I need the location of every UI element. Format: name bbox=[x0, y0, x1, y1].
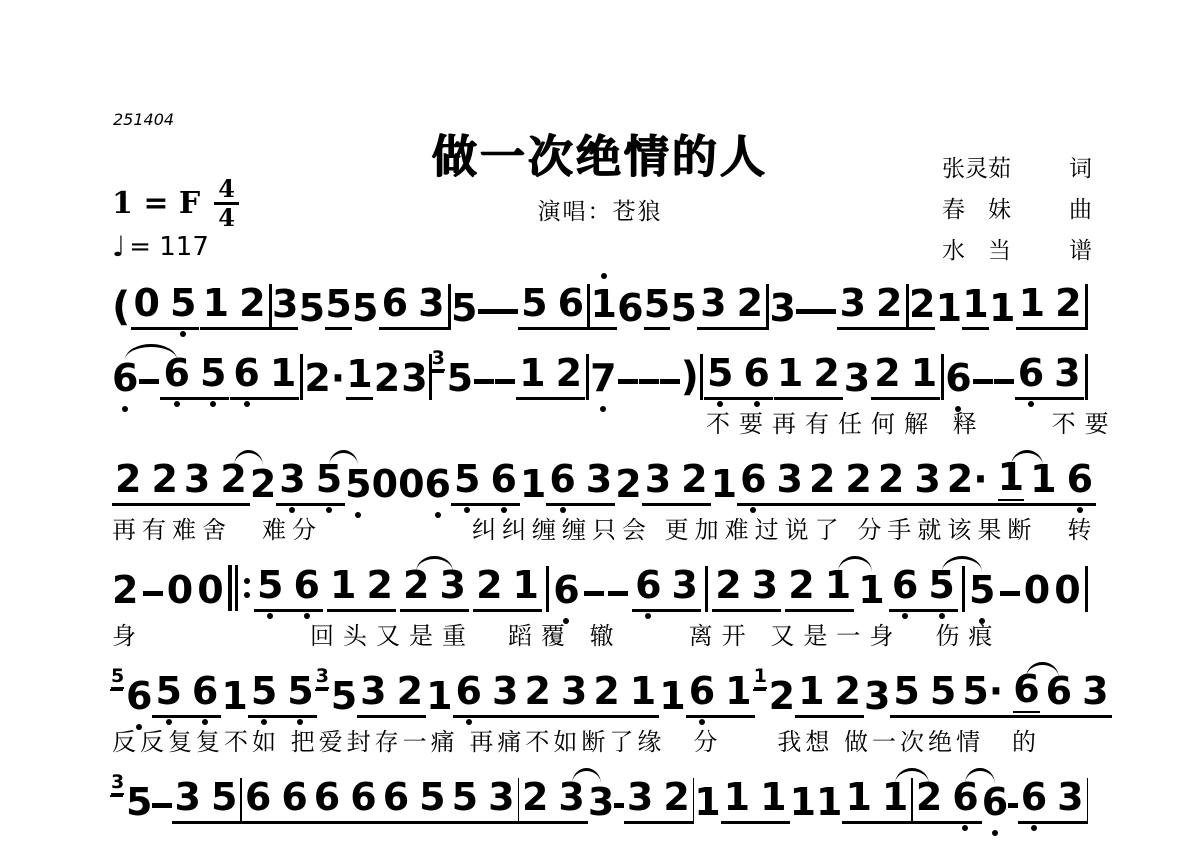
note: 1 bbox=[777, 351, 803, 395]
note: 3 bbox=[586, 457, 612, 501]
low-octave-dot bbox=[645, 613, 651, 619]
key-label: 1 = F bbox=[112, 186, 200, 221]
low-octave-dot bbox=[180, 331, 186, 337]
note-digit: 5 bbox=[352, 286, 378, 330]
note-digit: 3 bbox=[844, 356, 870, 400]
duration-dash bbox=[139, 379, 159, 384]
beamed-note-group: 53 bbox=[449, 775, 518, 824]
note-digit: 2 bbox=[788, 563, 814, 607]
note-digit: 2· bbox=[947, 457, 988, 501]
lyrics-line: 反反复复不如 把爱封存一痛 再痛不如断了缘 分 我想 做一次绝情 的 bbox=[112, 728, 1088, 758]
note: 1 bbox=[330, 563, 356, 607]
note: 35 bbox=[447, 356, 473, 400]
beamed-note-group: 56 bbox=[451, 457, 520, 506]
note: 2 bbox=[615, 462, 641, 506]
open-paren: ( bbox=[112, 284, 130, 330]
note-digit: 5 bbox=[170, 281, 196, 325]
note: 5 bbox=[930, 669, 956, 713]
low-octave-dot bbox=[979, 618, 985, 624]
note: 5· bbox=[962, 669, 1003, 713]
note: 6 bbox=[233, 351, 259, 395]
note-digit: 2 bbox=[813, 351, 839, 395]
note: 2 bbox=[876, 281, 902, 325]
barline bbox=[1087, 778, 1088, 824]
note-digit: 2 bbox=[615, 462, 641, 506]
note: 6 bbox=[456, 669, 482, 713]
note: 0 bbox=[134, 281, 160, 325]
note: 2 bbox=[112, 568, 138, 612]
low-octave-dot bbox=[1028, 401, 1034, 407]
grace-note: 5 bbox=[111, 667, 124, 689]
note-digit: 6 bbox=[233, 351, 259, 395]
note: 5 bbox=[670, 286, 696, 330]
note-digit: 1 bbox=[725, 669, 751, 713]
barline bbox=[235, 565, 238, 611]
note: 3 bbox=[777, 457, 803, 501]
low-octave-dot bbox=[902, 613, 908, 619]
duration-dash bbox=[973, 379, 993, 384]
low-octave-dot bbox=[202, 719, 208, 725]
note-digit: 1 bbox=[816, 780, 842, 824]
note: 1 bbox=[630, 669, 656, 713]
note: 6 bbox=[617, 286, 643, 330]
low-octave-dot bbox=[1031, 825, 1037, 831]
lyrics-line: 再有难舍 难分 纠纠缠缠只会 更加难过说了 分手就该果断 转 bbox=[112, 516, 1088, 546]
note: 1 bbox=[790, 780, 816, 824]
note: 2 bbox=[681, 457, 707, 501]
low-octave-dot bbox=[136, 724, 142, 730]
note-digit: 5 bbox=[257, 563, 283, 607]
note-digit: 3 bbox=[561, 669, 587, 713]
note: 5 bbox=[451, 286, 477, 330]
grace-note: 1 bbox=[754, 667, 767, 689]
lyrics-line: 身 回头又是重 蹈覆 辙 离开 又是一身 伤痕 bbox=[112, 622, 1088, 652]
note-digit: 6 bbox=[383, 775, 409, 819]
note: 1 bbox=[519, 351, 545, 395]
note-digit: 6 bbox=[1067, 457, 1093, 501]
note-digit: 6 bbox=[192, 669, 218, 713]
beamed-note-group: 12 bbox=[516, 351, 585, 400]
tempo-value: = 117 bbox=[129, 232, 209, 262]
low-octave-dot bbox=[699, 719, 705, 725]
beamed-note-group: 12 bbox=[1016, 281, 1085, 330]
note: 6 bbox=[293, 563, 319, 607]
note: 6 bbox=[490, 457, 516, 501]
note-digit: 2 bbox=[476, 563, 502, 607]
key-signature: 1 = F 4 4 bbox=[112, 176, 239, 230]
low-octave-dot bbox=[289, 507, 295, 513]
note-digit: 1 bbox=[221, 674, 247, 718]
note: 3 bbox=[360, 669, 386, 713]
low-octave-dot bbox=[962, 825, 968, 831]
note: 1 bbox=[760, 775, 786, 819]
beamed-note-group: 63 bbox=[453, 669, 522, 718]
beamed-note-group: 21 bbox=[871, 351, 940, 400]
note-digit: 5 bbox=[452, 775, 478, 819]
beamed-note-group: 22 bbox=[112, 457, 181, 506]
note: 5 bbox=[345, 462, 371, 506]
note-digit: 5 bbox=[451, 286, 477, 330]
note: 3 bbox=[272, 282, 298, 330]
note: 3 bbox=[844, 356, 870, 400]
duration-dash bbox=[1008, 803, 1018, 808]
note: 6 bbox=[192, 669, 218, 713]
note: 2 bbox=[524, 669, 550, 713]
note-digit: 1 bbox=[760, 775, 786, 819]
note-digit: 3 bbox=[1054, 351, 1080, 395]
note-digit: 6 bbox=[293, 563, 319, 607]
note-digit: 5 bbox=[521, 281, 547, 325]
credit-name: 张灵茹 bbox=[942, 150, 1011, 183]
note-digit: 3 bbox=[645, 457, 671, 501]
note: 3 bbox=[492, 669, 518, 713]
duration-dash bbox=[474, 379, 494, 384]
duration-dash bbox=[584, 591, 604, 596]
note: 5 bbox=[707, 351, 733, 395]
note: 5 bbox=[200, 351, 226, 395]
note: 3 bbox=[175, 775, 201, 819]
note-digit: 0 bbox=[134, 281, 160, 325]
duration-dash bbox=[495, 379, 515, 384]
note-digit: 0 bbox=[197, 568, 223, 612]
note: 2 bbox=[878, 457, 904, 501]
note: 5 bbox=[251, 669, 277, 713]
note-digit: 1 bbox=[694, 780, 720, 824]
note: 3 bbox=[401, 356, 427, 400]
note-digit: 5 bbox=[126, 780, 152, 824]
note: 2· bbox=[947, 457, 988, 501]
note-digit: 3 bbox=[840, 281, 866, 325]
note: 2 bbox=[715, 563, 741, 607]
duration-dash bbox=[639, 379, 659, 384]
beamed-note-group: 63 bbox=[1018, 775, 1087, 824]
note-digit: 0 bbox=[398, 462, 424, 506]
note: 2 bbox=[397, 669, 423, 713]
low-octave-dot bbox=[563, 618, 569, 624]
note: 5 bbox=[452, 775, 478, 819]
low-octave-dot bbox=[355, 512, 361, 518]
note: 3 bbox=[1054, 351, 1080, 395]
note: 2 bbox=[874, 351, 900, 395]
note: 2 bbox=[845, 457, 871, 501]
note-digit: 5 bbox=[331, 674, 357, 718]
note: 6 bbox=[383, 775, 409, 819]
time-numerator: 4 bbox=[214, 176, 239, 205]
note-digit: 3 bbox=[175, 775, 201, 819]
duration-dash bbox=[152, 803, 162, 808]
note: 2 bbox=[374, 356, 400, 400]
note-digit: 6 bbox=[1021, 775, 1047, 819]
note: 1 bbox=[426, 674, 452, 718]
credit-name: 春 妹 bbox=[942, 191, 1011, 224]
beamed-note-group: 35 bbox=[172, 775, 241, 824]
note: 1 bbox=[724, 775, 750, 819]
duration-dash bbox=[660, 379, 680, 384]
low-octave-dot bbox=[939, 613, 945, 619]
credit-row: 水 当 谱 bbox=[942, 232, 1092, 265]
beamed-note-group: 61 bbox=[686, 669, 755, 718]
low-octave-dot bbox=[261, 719, 267, 725]
note-digit: 2 bbox=[115, 457, 141, 501]
note-digit: 1 bbox=[270, 351, 296, 395]
note-digit: 6 bbox=[743, 351, 769, 395]
note: 0 bbox=[1024, 568, 1050, 612]
note-digit: 6 bbox=[1018, 351, 1044, 395]
note-digit: 6 bbox=[245, 775, 271, 819]
note: 6 bbox=[892, 563, 918, 607]
note-digit: 5 bbox=[155, 669, 181, 713]
note-digit: 1 bbox=[203, 281, 229, 325]
beamed-note-group: 32 bbox=[357, 669, 426, 718]
note: 1 bbox=[513, 563, 539, 607]
note-digit: 2 bbox=[151, 457, 177, 501]
note-digit: 1 bbox=[911, 351, 937, 395]
note-digit: 2 bbox=[874, 351, 900, 395]
low-octave-dot bbox=[326, 507, 332, 513]
note-digit: 3 bbox=[492, 669, 518, 713]
low-octave-dot bbox=[717, 401, 723, 407]
low-octave-dot bbox=[210, 401, 216, 407]
note: 3 bbox=[864, 674, 890, 718]
note: 6 bbox=[382, 281, 408, 325]
note-digit: 5 bbox=[419, 775, 445, 819]
note: 5 bbox=[419, 775, 445, 819]
note: 6 bbox=[553, 568, 579, 612]
note-digit: 2 bbox=[835, 669, 861, 713]
note: 2 bbox=[476, 563, 502, 607]
note-digit: 3 bbox=[1057, 775, 1083, 819]
quarter-note-icon: ♩ bbox=[112, 233, 125, 261]
note: 6 bbox=[1067, 457, 1093, 501]
note: 6 bbox=[743, 351, 769, 395]
note-digit: 6 bbox=[456, 669, 482, 713]
duration-dash bbox=[1000, 591, 1020, 596]
music-line: 35356666655323332111111126663 bbox=[112, 776, 1088, 824]
duration-dash bbox=[614, 803, 624, 808]
note-digit: 5 bbox=[893, 669, 919, 713]
note: 1 bbox=[270, 351, 296, 395]
note: 6 bbox=[281, 775, 307, 819]
low-octave-dot bbox=[244, 401, 250, 407]
note-digit: 6 bbox=[558, 281, 584, 325]
note: 5 bbox=[352, 286, 378, 330]
note-digit: 6 bbox=[490, 457, 516, 501]
low-octave-dot bbox=[955, 406, 961, 412]
beamed-note-group: 56 bbox=[518, 281, 587, 330]
note-digit: 6 bbox=[945, 356, 971, 400]
score: (0512355563556165532332211112665612·1233… bbox=[112, 282, 1088, 824]
beamed-note-group: 05 bbox=[131, 281, 200, 330]
barline bbox=[962, 566, 965, 612]
tie-arc bbox=[1011, 450, 1043, 466]
note: 1 bbox=[520, 462, 546, 506]
music-line: 665612·12335127)5612321663 bbox=[112, 352, 1088, 400]
note: 1 bbox=[203, 281, 229, 325]
note: 2 bbox=[250, 462, 276, 506]
beamed-note-group: 32 bbox=[837, 281, 906, 330]
note: 1 bbox=[936, 286, 962, 330]
credit-role: 曲 bbox=[1069, 191, 1092, 224]
grace-note: 3 bbox=[432, 349, 445, 371]
note-digit: 2 bbox=[909, 282, 935, 326]
barline bbox=[586, 354, 589, 400]
note: 3 bbox=[914, 457, 940, 501]
note-digit: 3 bbox=[401, 356, 427, 400]
tie-arc bbox=[1026, 662, 1058, 678]
beamed-note-group: 56 bbox=[152, 669, 221, 718]
note: 0 bbox=[372, 462, 398, 506]
note: 5 bbox=[521, 281, 547, 325]
note: 6 bbox=[635, 563, 661, 607]
note-digit: 0 bbox=[167, 568, 193, 612]
note: 3 bbox=[561, 669, 587, 713]
note-digit: 0 bbox=[372, 462, 398, 506]
beamed-note-group: 12 bbox=[774, 351, 843, 400]
low-octave-dot bbox=[750, 507, 756, 513]
low-octave-dot bbox=[560, 507, 566, 513]
note-digit: 1 bbox=[962, 282, 988, 326]
grace-note: 3 bbox=[316, 667, 329, 689]
note: 3 bbox=[700, 281, 726, 325]
note-digit: 6 bbox=[112, 356, 138, 400]
note: 6 bbox=[112, 356, 138, 400]
note-digit: 5 bbox=[211, 775, 237, 819]
note: 6 bbox=[549, 457, 575, 501]
note: 2 bbox=[593, 669, 619, 713]
note: 2 bbox=[813, 351, 839, 395]
note: 56 bbox=[126, 674, 152, 718]
note: 3 bbox=[752, 563, 778, 607]
note-digit: 1 bbox=[724, 775, 750, 819]
grace-note: 3 bbox=[111, 773, 124, 795]
barline bbox=[546, 566, 549, 612]
note-digit: 2 bbox=[524, 669, 550, 713]
tie-arc bbox=[416, 556, 452, 572]
note-digit: 1 bbox=[845, 775, 871, 819]
note-digit: 6 bbox=[740, 457, 766, 501]
note: 2 bbox=[115, 457, 141, 501]
note-digit: 0 bbox=[1024, 568, 1050, 612]
note: 2 bbox=[556, 351, 582, 395]
tie-arc bbox=[329, 450, 358, 466]
beamed-note-group: 32 bbox=[642, 457, 711, 506]
note-digit: 1 bbox=[346, 352, 372, 396]
note-digit: 5 bbox=[670, 286, 696, 330]
credit-role: 词 bbox=[1069, 150, 1092, 183]
note-digit: 1 bbox=[520, 462, 546, 506]
note: 7 bbox=[590, 356, 616, 400]
note-digit: 5 bbox=[251, 669, 277, 713]
repeat-dots bbox=[244, 565, 250, 611]
beamed-note-group: 21 bbox=[590, 669, 659, 718]
note: 1 bbox=[1019, 281, 1045, 325]
note-digit: 2 bbox=[366, 563, 392, 607]
note-digit: 3 bbox=[279, 457, 305, 501]
beamed-note-group: 63 bbox=[737, 457, 806, 506]
duration-dash bbox=[608, 591, 628, 596]
low-octave-dot bbox=[992, 830, 998, 836]
low-octave-dot bbox=[267, 613, 273, 619]
note-digit: 3 bbox=[184, 457, 210, 501]
music-line: (0512355563556165532332211112 bbox=[112, 282, 1088, 330]
note-digit: 2 bbox=[556, 351, 582, 395]
credit-role: 谱 bbox=[1069, 232, 1092, 265]
note-digit: 1 bbox=[513, 563, 539, 607]
beamed-note-group: 56 bbox=[704, 351, 773, 400]
beamed-note-group: 55 bbox=[890, 669, 959, 718]
note: 6 bbox=[945, 356, 971, 400]
beamed-note-group: 23 bbox=[521, 669, 590, 718]
note: 6 bbox=[1018, 351, 1044, 395]
beamed-note-group: 65 bbox=[380, 775, 449, 824]
note: 0 bbox=[1054, 568, 1080, 612]
note-digit: 3 bbox=[418, 281, 444, 325]
note: 6 bbox=[350, 775, 376, 819]
sheet-music-page: 251404 做一次绝情的人 演唱：苍狼 张灵茹 词 春 妹 曲 水 当 谱 1… bbox=[0, 0, 1200, 850]
barline bbox=[941, 354, 944, 400]
repeat-start-sign bbox=[228, 564, 250, 612]
note-digit: 2 bbox=[250, 462, 276, 506]
duration-dash bbox=[994, 379, 1014, 384]
duration-dash bbox=[143, 591, 163, 596]
note-digit: 3 bbox=[588, 780, 614, 824]
note-digit: 5 bbox=[707, 351, 733, 395]
note: 6 bbox=[245, 775, 271, 819]
duration-dash bbox=[816, 309, 836, 314]
note-digit: 2 bbox=[876, 281, 902, 325]
low-octave-dot bbox=[754, 401, 760, 407]
beamed-note-group: 66 bbox=[311, 775, 380, 824]
note-digit: 1 bbox=[777, 351, 803, 395]
note-digit: 6 bbox=[617, 286, 643, 330]
note-digit: 2 bbox=[715, 563, 741, 607]
beamed-note-group: 61 bbox=[230, 351, 299, 400]
tie-arc bbox=[838, 556, 872, 572]
note: 1 bbox=[858, 568, 884, 612]
beamed-note-group: 23 bbox=[875, 457, 944, 506]
note: 6 bbox=[558, 281, 584, 325]
note-digit: 2 bbox=[522, 775, 548, 819]
tempo-marking: ♩ = 117 bbox=[112, 232, 239, 262]
time-denominator: 4 bbox=[214, 205, 239, 230]
note: 1 bbox=[989, 286, 1015, 330]
note-digit: 2 bbox=[397, 669, 423, 713]
note: 3 bbox=[840, 281, 866, 325]
note-digit: 6 bbox=[982, 780, 1008, 824]
note-digit: 2 bbox=[1055, 281, 1081, 325]
music-line: 200561223216632321165500 bbox=[112, 564, 1088, 612]
note-digit: 2 bbox=[239, 281, 265, 325]
note: 6 bbox=[740, 457, 766, 501]
note-digit: 5 bbox=[200, 351, 226, 395]
tie-arc bbox=[125, 344, 176, 360]
note: 1 bbox=[845, 775, 871, 819]
note-digit: 1 bbox=[330, 563, 356, 607]
note-digit: 2 bbox=[809, 457, 835, 501]
note: 2 bbox=[151, 457, 177, 501]
note-digit: 1 bbox=[989, 286, 1015, 330]
note: 1 bbox=[346, 352, 372, 400]
low-octave-dot bbox=[600, 406, 606, 412]
note: 5 bbox=[893, 669, 919, 713]
note-digit: 5 bbox=[969, 568, 995, 612]
note: 2 bbox=[522, 775, 548, 819]
low-octave-dot bbox=[501, 507, 507, 513]
note: 3 bbox=[184, 457, 210, 501]
close-paren: ) bbox=[681, 354, 699, 400]
note-digit: 5 bbox=[447, 356, 473, 400]
duration-dash bbox=[478, 309, 498, 314]
